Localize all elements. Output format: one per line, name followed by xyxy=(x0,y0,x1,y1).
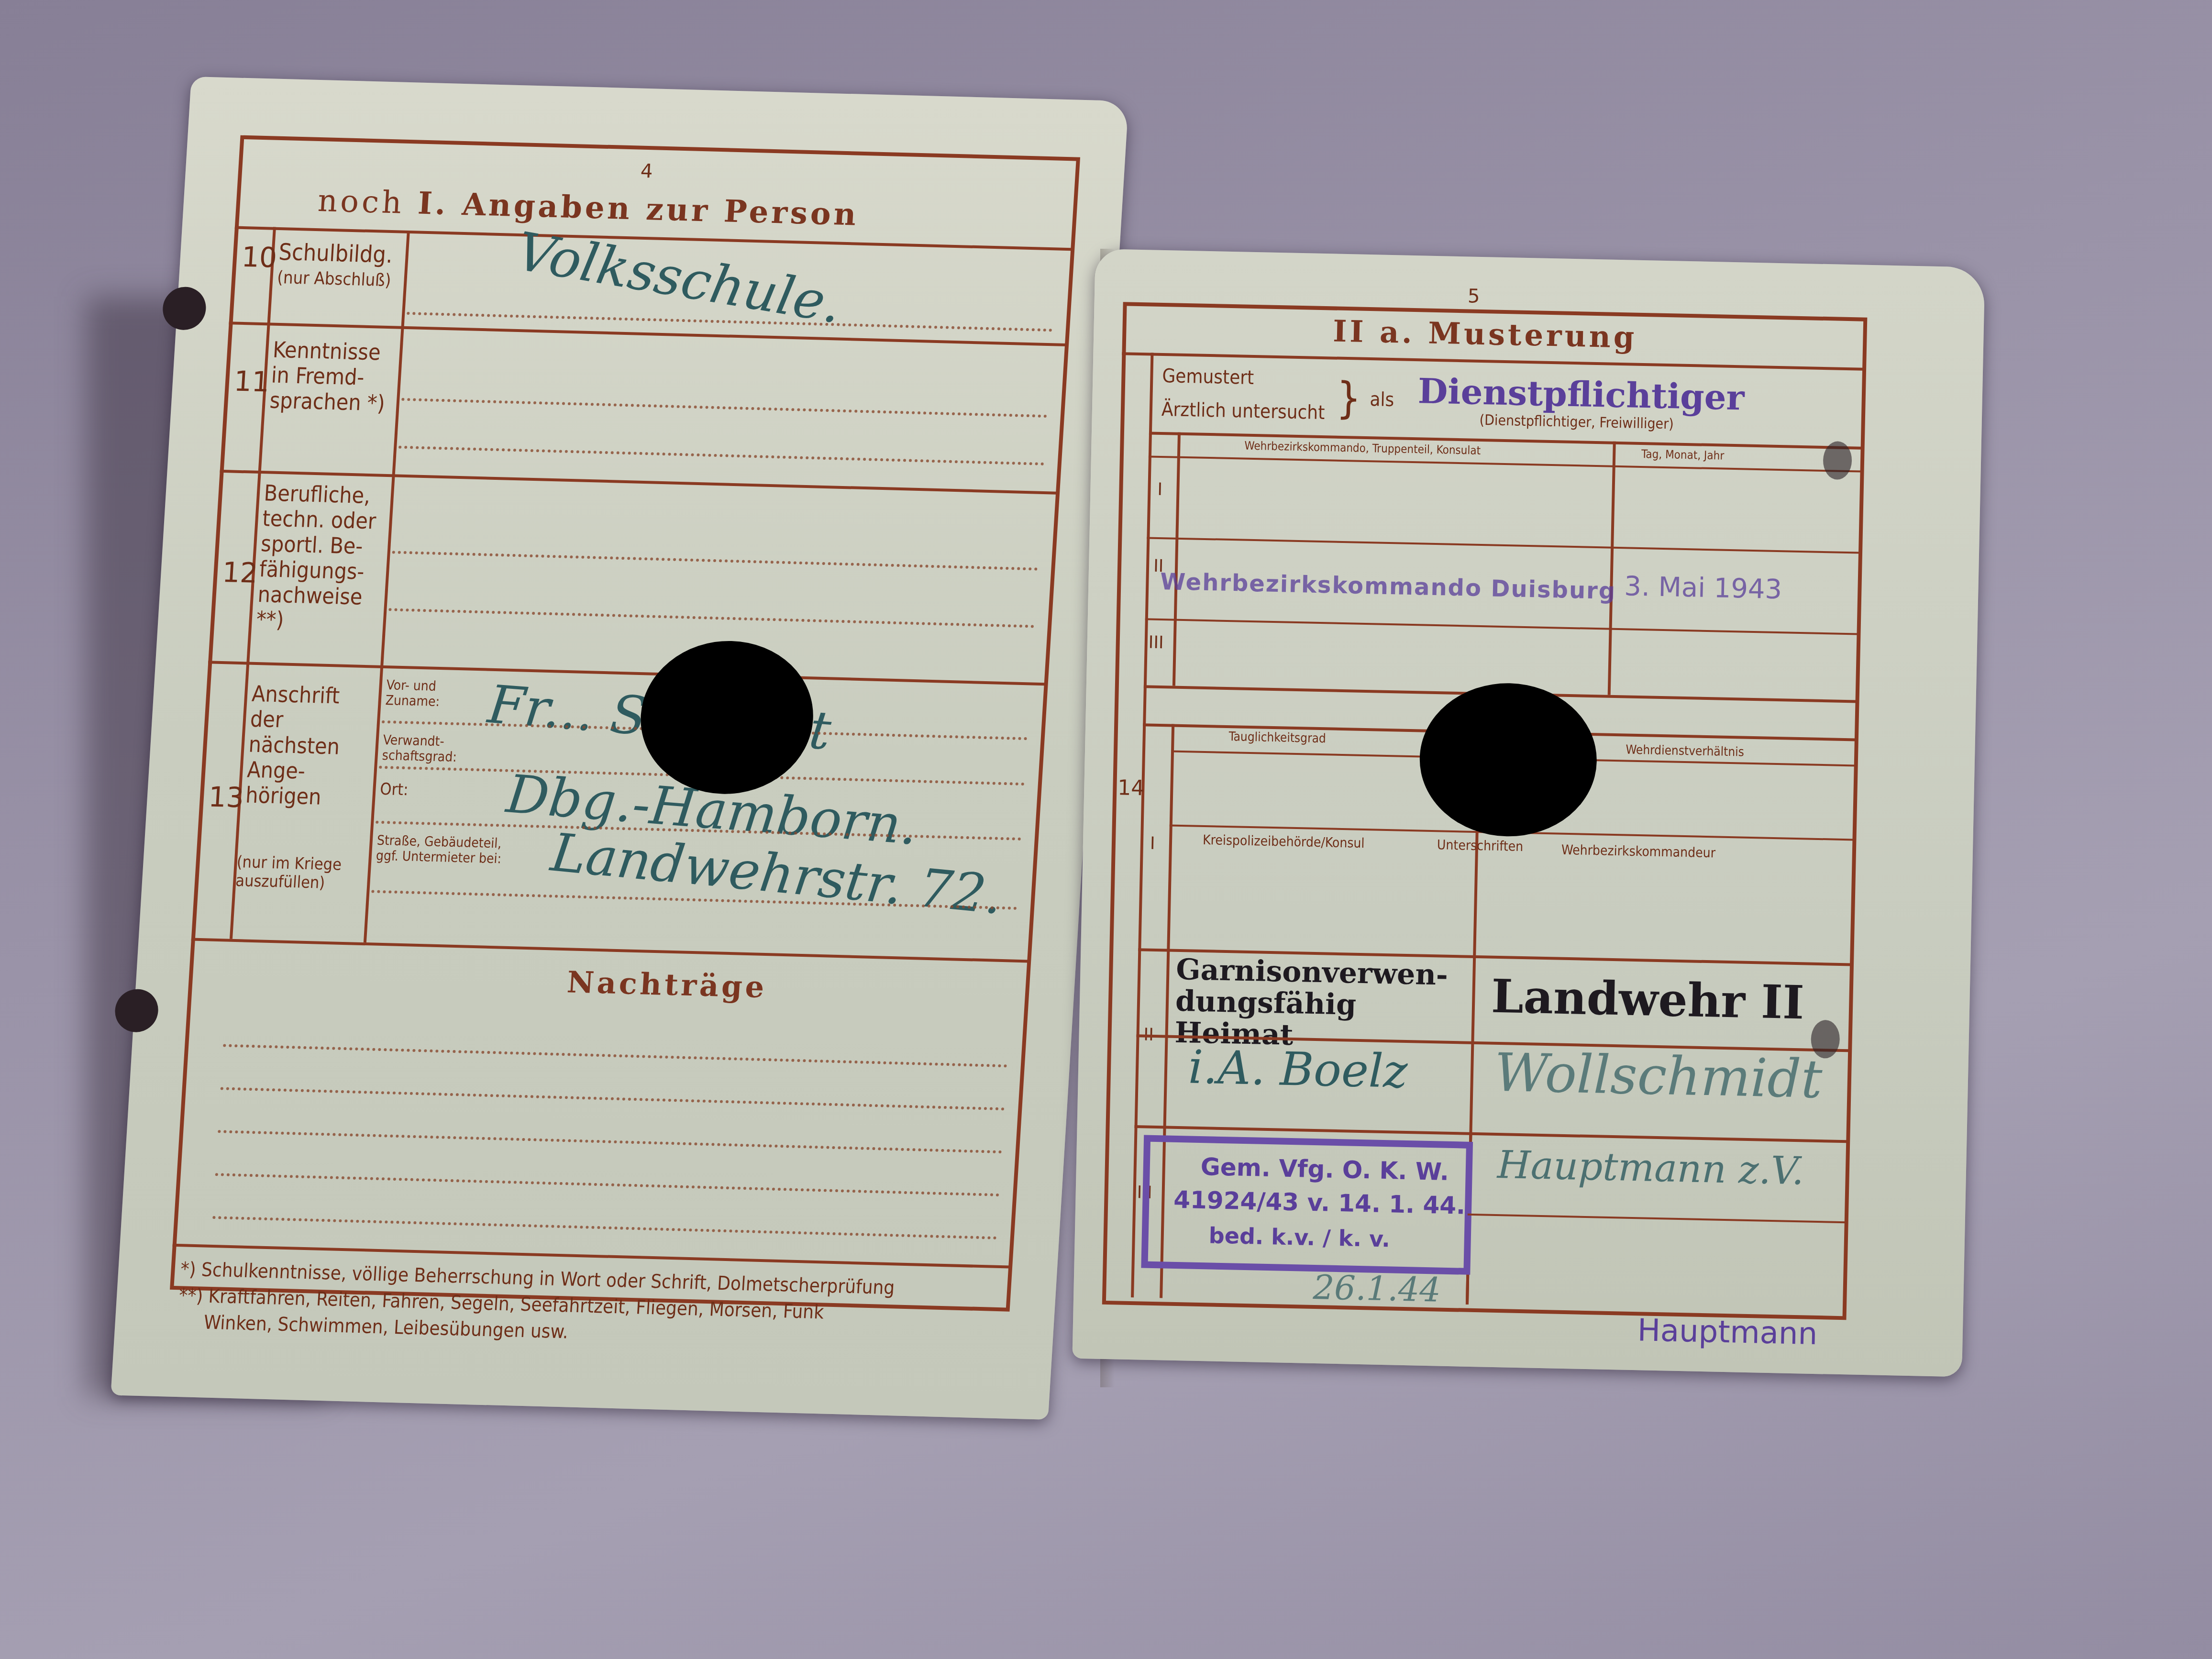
gemustert-label: Gemustert xyxy=(1162,365,1254,389)
rank-stamp: Hauptmann xyxy=(1637,1313,1818,1352)
row-sublabel-angehoerige: (nur im Kriege auszufüllen) xyxy=(235,853,366,894)
right-page: 5 II a. Musterung Gemustert Ärztlich unt… xyxy=(1072,249,1985,1377)
page-number: 4 xyxy=(640,160,653,183)
col-header-wehrdienst: Wehrdienstverhältnis xyxy=(1626,743,1744,760)
row-label-schulbildung: Schulbildg. xyxy=(278,239,393,268)
field-label-strasse: Straße, Gebäudeteil, ggf. Untermieter be… xyxy=(376,833,521,867)
row-label-angehoerige: Anschrift der nächsten Ange-hörigen xyxy=(245,681,372,811)
als-value-stamp: Dienstpflichtiger xyxy=(1417,370,1745,418)
okw-stamp-line-1: Gem. Vfg. O. K. W. xyxy=(1200,1153,1449,1186)
als-label: als xyxy=(1370,388,1394,411)
field-label-verwandtschaftsgrad: Verwandt-schaftsgrad: xyxy=(382,732,470,765)
row-number-11: 11 xyxy=(233,365,270,398)
okw-stamp-line-3: bed. k.v. / k. v. xyxy=(1208,1222,1390,1252)
field-label-name: Vor- und Zuname: xyxy=(385,677,473,710)
page-number: 5 xyxy=(1468,285,1480,308)
field-label-ort: Ort: xyxy=(379,780,409,800)
heading-prefix: noch xyxy=(317,183,405,221)
row-number-10: 10 xyxy=(241,241,278,274)
row-label-befaehigung: Berufliche, techn. oder sportl. Be-fähig… xyxy=(255,480,384,635)
row-sublabel-schulbildung: (nur Abschluß) xyxy=(276,268,391,291)
left-page: 4 noch I. Angaben zur Person 10 Schulbil… xyxy=(111,77,1128,1420)
hand-date: 26.1.44 xyxy=(1313,1268,1441,1310)
signature-kommandeur: Wollschmidt xyxy=(1494,1042,1823,1110)
row-number-13: 13 xyxy=(208,781,245,814)
untersucht-label: Ärztlich untersucht xyxy=(1161,398,1325,424)
roman-i: I xyxy=(1150,834,1155,853)
signature-ia: i.A. Boelz xyxy=(1188,1040,1408,1098)
brace: } xyxy=(1336,374,1361,424)
roman-i: I xyxy=(1157,480,1162,499)
section-number-14: 14 xyxy=(1117,775,1145,800)
nachtraege-title: Nachträge xyxy=(566,964,768,1005)
col-header-kommandeur: Wehrbezirkskommandeur xyxy=(1561,842,1716,861)
footnote-3: Winken, Schwimmen, Leibesübungen usw. xyxy=(203,1312,569,1343)
punch-hole xyxy=(162,287,207,331)
row-number-12: 12 xyxy=(221,556,259,589)
hand-rank: Hauptmann z.V. xyxy=(1497,1142,1804,1193)
page-heading: II a. Musterung xyxy=(1333,313,1637,354)
col-header-date: Tag, Monat, Jahr xyxy=(1641,448,1724,463)
wehrdienst-stamp: Landwehr II xyxy=(1491,970,1804,1029)
row-label-fremdsprachen: Kenntnisse in Fremd-sprachen *) xyxy=(269,337,393,416)
roman-iii: III xyxy=(1148,633,1164,653)
col-header-unterschriften: Unterschriften xyxy=(1437,837,1524,854)
col-header-tauglichkeit: Tauglichkeitsgrad xyxy=(1228,730,1326,746)
date-stamp: 3. Mai 1943 xyxy=(1624,571,1782,605)
